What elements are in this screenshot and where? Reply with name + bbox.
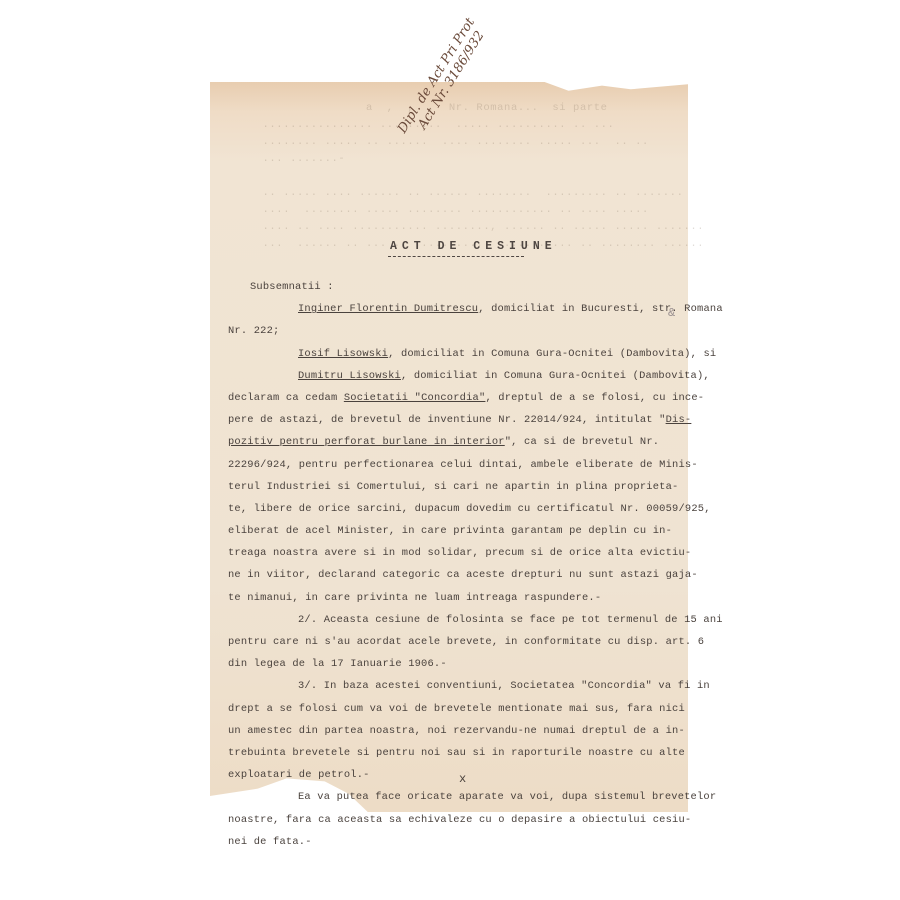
- paragraph-4-line: nei de fata.-: [228, 831, 680, 853]
- paragraph-1-line: terul Industriei si Comertului, si cari …: [228, 476, 680, 498]
- paragraph-3-line: un amestec din partea noastra, noi rezer…: [228, 720, 680, 742]
- paragraph-2: 2/. Aceasta cesiune de folosinta se face…: [228, 609, 680, 676]
- paragraph-1-line: pere de astazi, de brevetul de inventiun…: [228, 409, 680, 431]
- paragraph-2-line: din legea de la 17 Ianuarie 1906.-: [228, 653, 680, 675]
- bleed-through-text: a , , , Nr. Romana... si parte .........…: [228, 100, 678, 253]
- paragraph-3-line: 3/. In baza acestei conventiuni, Societa…: [228, 675, 680, 697]
- paragraph-1: declaram ca cedam Societatii "Concordia"…: [228, 387, 680, 609]
- subsemnatii-label: Subsemnatii :: [250, 276, 680, 298]
- paragraph-2-line: 2/. Aceasta cesiune de folosinta se face…: [228, 609, 680, 631]
- paragraph-1-line: treaga noastra avere si in mod solidar, …: [228, 542, 680, 564]
- paragraph-2-line: pentru care ni s'au acordat acele brevet…: [228, 631, 680, 653]
- paragraph-1-line: declaram ca cedam Societatii "Concordia"…: [228, 387, 680, 409]
- paragraph-4-line: Ea va putea face oricate aparate va voi,…: [228, 786, 680, 808]
- paragraph-4: Ea va putea face oricate aparate va voi,…: [228, 786, 680, 853]
- paragraph-1-line: te nimanui, in care privinta ne luam int…: [228, 587, 680, 609]
- paragraph-3-line: drept a se folosi cum va voi de brevetel…: [228, 698, 680, 720]
- document-title: ACT DE CESIUNE: [390, 240, 557, 253]
- party-1: Inginer Florentin Dumitrescu, domiciliat…: [250, 298, 680, 320]
- paragraph-1-line: 22296/924, pentru perfectionarea celui d…: [228, 454, 680, 476]
- paragraph-1-line: ne in viitor, declarand categoric ca ace…: [228, 564, 680, 586]
- paragraph-3: 3/. In baza acestei conventiuni, Societa…: [228, 675, 680, 786]
- paragraph-1-line: pozitiv pentru perforat burlane in inter…: [228, 431, 680, 453]
- document-body: Subsemnatii : Inginer Florentin Dumitres…: [250, 276, 680, 853]
- party-2: Iosif Lisowski, domiciliat in Comuna Gur…: [250, 343, 680, 365]
- paragraph-3-line: trebuinta brevetele si pentru noi sau si…: [228, 742, 680, 764]
- title-underline: [388, 256, 524, 257]
- end-mark: x: [459, 772, 466, 786]
- party-1-cont: Nr. 222;: [228, 320, 680, 342]
- paragraph-4-line: noastre, fara ca aceasta sa echivaleze c…: [228, 809, 680, 831]
- paragraph-1-line: te, libere de orice sarcini, dupacum dov…: [228, 498, 680, 520]
- margin-mark: &: [668, 306, 675, 320]
- paragraph-1-line: eliberat de acel Minister, in care privi…: [228, 520, 680, 542]
- party-3: Dumitru Lisowski, domiciliat in Comuna G…: [250, 365, 680, 387]
- paragraph-3-line: exploatari de petrol.-: [228, 764, 680, 786]
